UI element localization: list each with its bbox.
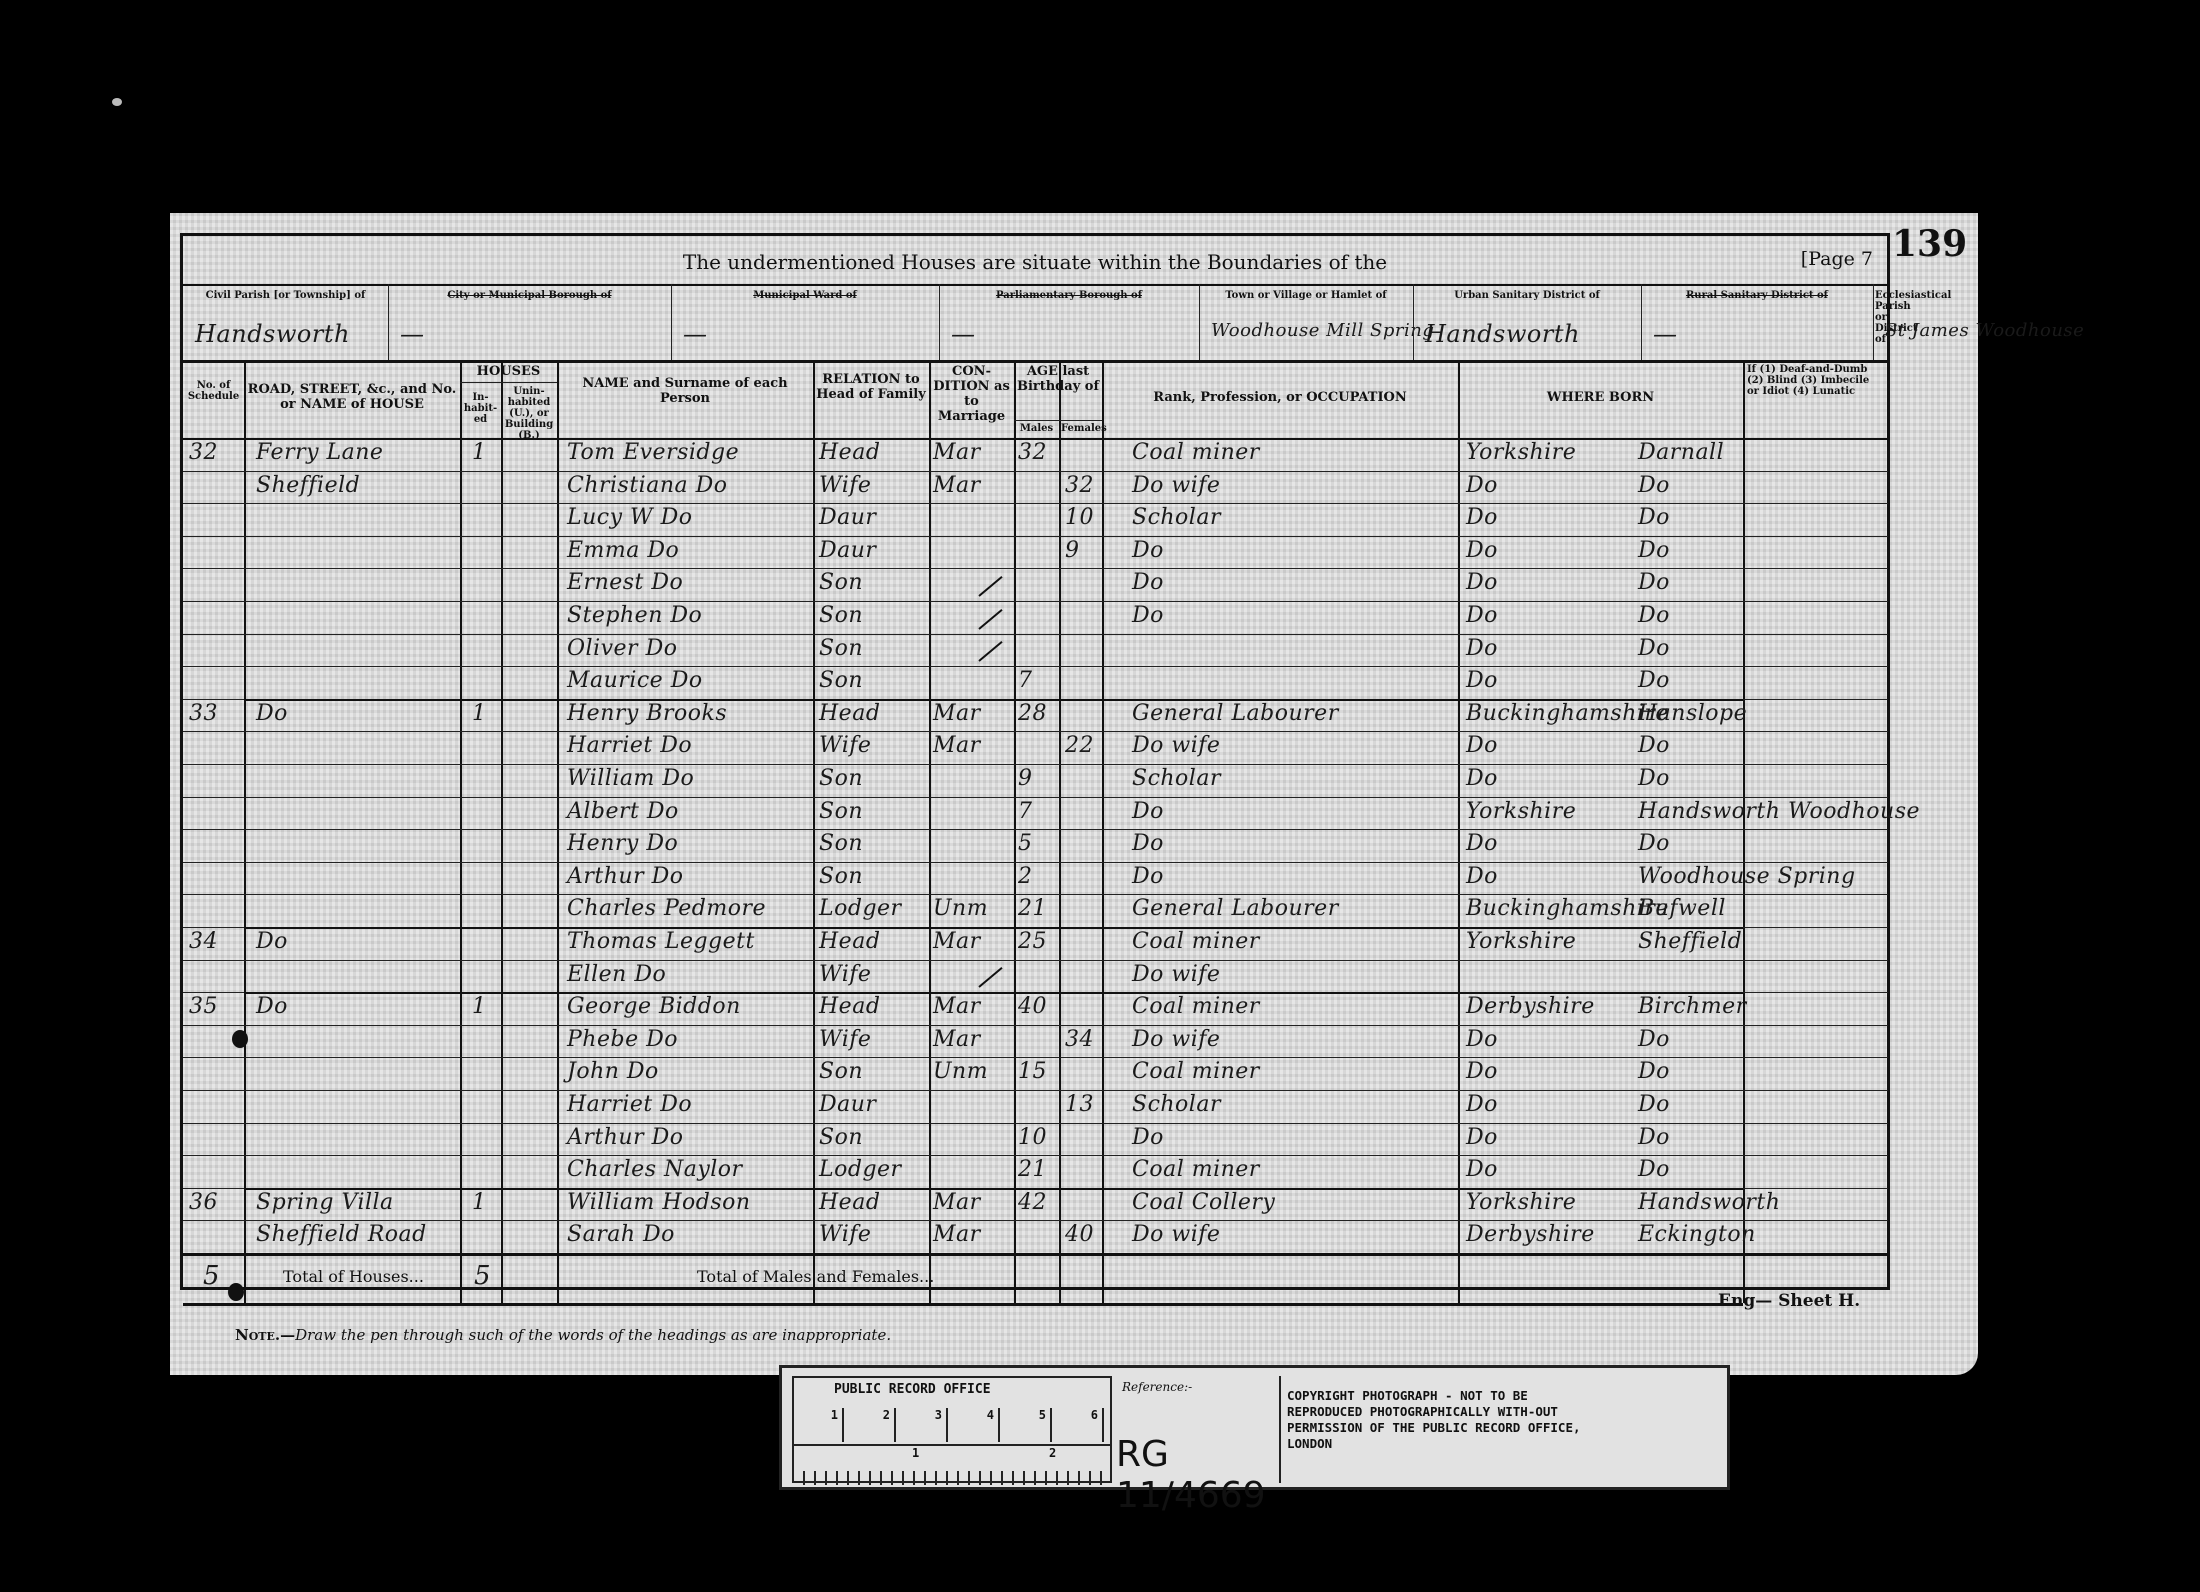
female-age: 22 [1065, 733, 1094, 758]
occupation: General Labourer [1132, 896, 1339, 921]
occupation: Do wife [1132, 1027, 1220, 1052]
person-name: Albert Do [567, 799, 679, 824]
person-name: Harriet Do [567, 1092, 692, 1117]
row-divider [183, 894, 244, 895]
row-divider [183, 862, 244, 863]
boundary-label: Civil Parish [or Township] of [185, 290, 386, 301]
row-divider [1743, 1123, 1888, 1124]
occupation: General Labourer [1132, 701, 1339, 726]
occupation: Do [1132, 538, 1164, 563]
schedule-number: 32 [189, 440, 218, 465]
birth-place: Handsworth [1638, 1190, 1780, 1215]
marital-condition: Mar [933, 473, 981, 498]
house-address: Ferry Lane [256, 440, 383, 465]
birth-place: Bufwell [1638, 896, 1726, 921]
column-header-road: ROAD, STREET, &c., and No. or NAME of HO… [246, 382, 458, 412]
person-name: Ernest Do [567, 570, 683, 595]
boundary-value: Handsworth [195, 320, 350, 348]
row-divider [183, 666, 244, 667]
relation-to-head: Son [819, 603, 863, 628]
person-name: John Do [567, 1059, 659, 1084]
person-name: Charles Pedmore [567, 896, 766, 921]
pen-stroke [978, 641, 1002, 662]
row-divider [244, 1090, 1743, 1091]
occupation: Coal miner [1132, 994, 1260, 1019]
divider [183, 1303, 1743, 1306]
marital-condition: Mar [933, 440, 981, 465]
total-houses-value: 5 [474, 1261, 491, 1291]
male-age: 7 [1018, 668, 1033, 693]
row-divider [244, 1155, 1743, 1156]
row-divider [1743, 862, 1888, 863]
boundary-label: Town or Village or Hamlet of [1201, 290, 1411, 301]
person-name: Lucy W Do [567, 505, 693, 530]
relation-to-head: Head [819, 994, 880, 1019]
relation-to-head: Wife [819, 473, 871, 498]
relation-to-head: Son [819, 864, 863, 889]
male-age: 28 [1018, 701, 1047, 726]
ruler [794, 1444, 1110, 1485]
birth-county: Do [1466, 864, 1498, 889]
relation-to-head: Son [819, 799, 863, 824]
column-divider [1743, 360, 1745, 1303]
reference-box: Reference:- RG 11/4669 [1114, 1376, 1281, 1483]
female-age: 10 [1065, 505, 1094, 530]
person-name: Thomas Leggett [567, 929, 755, 954]
relation-to-head: Son [819, 668, 863, 693]
row-divider [1743, 568, 1888, 569]
reference-slip: PUBLIC RECORD OFFICE 123456 1 2 Referenc… [779, 1365, 1730, 1490]
male-age: 10 [1018, 1125, 1047, 1150]
relation-to-head: Daur [819, 1092, 876, 1117]
row-divider [1743, 1090, 1888, 1091]
relation-to-head: Head [819, 929, 880, 954]
male-age: 21 [1018, 1157, 1047, 1182]
row-divider [183, 568, 244, 569]
total-persons-label: Total of Males and Females... [697, 1267, 934, 1286]
row-divider [1743, 829, 1888, 830]
row-divider [183, 471, 244, 472]
birth-place: Hanslope [1638, 701, 1747, 726]
birth-county: Do [1466, 1059, 1498, 1084]
divider [388, 284, 389, 360]
male-age: 15 [1018, 1059, 1047, 1084]
boundary-value: — [1653, 320, 1678, 348]
row-divider [1743, 536, 1888, 537]
column-divider [813, 360, 815, 1303]
office-label: PUBLIC RECORD OFFICE [834, 1382, 991, 1397]
slip-box: 6 [1056, 1408, 1104, 1442]
column-divider [244, 360, 246, 1303]
row-divider [1743, 666, 1888, 667]
birth-county: Do [1466, 831, 1498, 856]
divider [1641, 284, 1642, 360]
column-header-where-born: WHERE BORN [1460, 390, 1741, 405]
person-name: William Do [567, 766, 694, 791]
person-name: Ellen Do [567, 962, 666, 987]
column-header-females: Females [1061, 423, 1100, 434]
column-header-schedule: No. of Schedule [185, 380, 242, 402]
column-header-relation: RELATION to Head of Family [815, 372, 927, 402]
row-divider [183, 503, 244, 504]
relation-to-head: Lodger [819, 1157, 902, 1182]
page-number: [Page 7 [1801, 248, 1873, 270]
row-divider [183, 829, 244, 830]
birth-county: Do [1466, 733, 1498, 758]
female-age: 9 [1065, 538, 1080, 563]
person-name: Charles Naylor [567, 1157, 743, 1182]
row-divider [183, 927, 244, 928]
marital-condition: Mar [933, 1222, 981, 1247]
person-name: Stephen Do [567, 603, 702, 628]
slip-box: 4 [952, 1408, 1000, 1442]
birth-place: Do [1638, 603, 1670, 628]
person-name: William Hodson [567, 1190, 751, 1215]
row-divider [1743, 1057, 1888, 1058]
row-divider [183, 731, 244, 732]
row-divider [1743, 927, 1888, 928]
column-header-occupation: Rank, Profession, or OCCUPATION [1104, 390, 1456, 405]
ruler-mark: 2 [1049, 1446, 1056, 1460]
occupation: Do [1132, 603, 1164, 628]
occupation: Coal miner [1132, 929, 1260, 954]
row-divider [183, 1155, 244, 1156]
column-header-inhabited: In-habit-ed [462, 392, 499, 425]
row-divider [183, 536, 244, 537]
relation-to-head: Head [819, 440, 880, 465]
female-age: 32 [1065, 473, 1094, 498]
column-header-houses: HOUSES [462, 364, 555, 379]
birth-place: Do [1638, 1125, 1670, 1150]
divider [1413, 284, 1414, 360]
row-divider [183, 797, 244, 798]
column-divider [1102, 360, 1104, 1303]
column-divider [1014, 360, 1016, 1303]
male-age: 2 [1018, 864, 1033, 889]
birth-place: Do [1638, 538, 1670, 563]
total-houses-label: Total of Houses... [283, 1267, 424, 1286]
column-divider [501, 360, 503, 1303]
row-divider [1743, 1188, 1888, 1189]
sheet-label: Eng— Sheet H. [1718, 1291, 1860, 1311]
row-divider [244, 894, 1743, 895]
house-address: Spring Villa [256, 1190, 394, 1215]
marital-condition: Mar [933, 733, 981, 758]
occupation: Scholar [1132, 1092, 1221, 1117]
occupation: Do wife [1132, 733, 1220, 758]
boundary-value: — [951, 320, 976, 348]
birth-place: Eckington [1638, 1222, 1756, 1247]
row-divider [244, 1057, 1743, 1058]
row-divider [1743, 471, 1888, 472]
row-divider [244, 666, 1743, 667]
slip-box: 1 [796, 1408, 844, 1442]
birth-county: Yorkshire [1466, 1190, 1576, 1215]
boundary-label: City or Municipal Borough of [390, 290, 669, 301]
birth-place: Do [1638, 473, 1670, 498]
row-divider [244, 764, 1743, 765]
divider [183, 284, 1887, 286]
schedule-number: 34 [189, 929, 218, 954]
row-divider [244, 471, 1743, 472]
birth-place: Do [1638, 733, 1670, 758]
female-age: 40 [1065, 1222, 1094, 1247]
page-frame: The undermentioned Houses are situate wi… [180, 233, 1890, 1290]
row-divider [1743, 601, 1888, 602]
row-divider [183, 960, 244, 961]
row-divider [244, 731, 1743, 732]
page-title: The undermentioned Houses are situate wi… [183, 250, 1887, 274]
column-header-males: Males [1016, 423, 1057, 434]
person-name: Henry Do [567, 831, 678, 856]
column-header-name: NAME and Surname of each Person [559, 376, 811, 406]
folio-number: 139 [1892, 223, 1967, 265]
occupation: Coal Collery [1132, 1190, 1275, 1215]
birth-place: Do [1638, 636, 1670, 661]
marital-condition: Unm [933, 896, 988, 921]
birth-county: Yorkshire [1466, 929, 1576, 954]
punch-hole [232, 1030, 248, 1048]
relation-to-head: Son [819, 636, 863, 661]
pen-stroke [978, 967, 1002, 988]
male-age: 9 [1018, 766, 1033, 791]
birth-place: Do [1638, 1092, 1670, 1117]
column-header-age: AGE last Birthday of [1016, 364, 1100, 394]
row-divider [244, 536, 1743, 537]
relation-to-head: Wife [819, 962, 871, 987]
birth-place: Do [1638, 1157, 1670, 1182]
row-divider [183, 634, 244, 635]
inhabited-count: 1 [472, 994, 487, 1019]
boundary-label: Urban Sanitary District of [1415, 290, 1639, 301]
relation-to-head: Son [819, 831, 863, 856]
boundary-value: Woodhouse Mill Spring [1211, 320, 1434, 341]
person-name: Emma Do [567, 538, 679, 563]
row-divider [244, 601, 1743, 602]
occupation: Coal miner [1132, 440, 1260, 465]
birth-place: Birchmer [1638, 994, 1747, 1019]
occupation: Do [1132, 1125, 1164, 1150]
occupation: Do [1132, 570, 1164, 595]
divider [1199, 284, 1200, 360]
census-page: The undermentioned Houses are situate wi… [170, 213, 1978, 1375]
house-address: Do [256, 701, 288, 726]
marital-condition: Mar [933, 929, 981, 954]
inhabited-count: 1 [472, 701, 487, 726]
row-divider [183, 1123, 244, 1124]
slip-box: 5 [1004, 1408, 1052, 1442]
boundary-label: Parliamentary Borough of [941, 290, 1197, 301]
birth-county: Do [1466, 538, 1498, 563]
birth-county: Do [1466, 1092, 1498, 1117]
reference-label: Reference:- [1122, 1380, 1192, 1394]
male-age: 7 [1018, 799, 1033, 824]
boundary-label: Municipal Ward of [673, 290, 937, 301]
row-divider [244, 1025, 1743, 1026]
birth-county: Do [1466, 1125, 1498, 1150]
male-age: 32 [1018, 440, 1047, 465]
row-divider [1743, 1220, 1888, 1221]
boundary-value: — [400, 320, 425, 348]
slip-box: 3 [900, 1408, 948, 1442]
marital-condition: Mar [933, 1027, 981, 1052]
relation-to-head: Wife [819, 1222, 871, 1247]
row-divider [1743, 1025, 1888, 1026]
slip-box: 2 [848, 1408, 896, 1442]
occupation: Coal miner [1132, 1157, 1260, 1182]
male-age: 25 [1018, 929, 1047, 954]
occupation: Do [1132, 864, 1164, 889]
inhabited-count: 1 [472, 1190, 487, 1215]
male-age: 5 [1018, 831, 1033, 856]
column-divider [929, 360, 931, 1303]
boundary-label: Rural Sanitary District of [1643, 290, 1871, 301]
birth-place: Do [1638, 1027, 1670, 1052]
birth-county: Do [1466, 766, 1498, 791]
inhabited-count: 1 [472, 440, 487, 465]
birth-county: Derbyshire [1466, 1222, 1595, 1247]
marital-condition: Mar [933, 1190, 981, 1215]
reference-number: RG 11/4669 [1116, 1434, 1279, 1516]
row-divider [183, 601, 244, 602]
row-divider [183, 1057, 244, 1058]
column-header-condition: CON-DITION as to Marriage [931, 364, 1012, 424]
row-divider [1743, 731, 1888, 732]
row-divider [1743, 960, 1888, 961]
birth-place: Do [1638, 668, 1670, 693]
occupation: Do [1132, 831, 1164, 856]
relation-to-head: Head [819, 701, 880, 726]
birth-place: Do [1638, 831, 1670, 856]
occupation: Do [1132, 799, 1164, 824]
relation-to-head: Lodger [819, 896, 902, 921]
occupation: Coal miner [1132, 1059, 1260, 1084]
scan-speck [112, 98, 122, 106]
house-address: Do [256, 994, 288, 1019]
row-divider [1743, 634, 1888, 635]
boundary-value: — [683, 320, 708, 348]
copyright-notice: COPYRIGHT PHOTOGRAPH - NOT TO BE REPRODU… [1287, 1388, 1587, 1452]
birth-county: Do [1466, 1027, 1498, 1052]
person-name: Henry Brooks [567, 701, 727, 726]
birth-place: Darnall [1638, 440, 1724, 465]
birth-county: Yorkshire [1466, 799, 1576, 824]
birth-county: Do [1466, 636, 1498, 661]
birth-place: Do [1638, 505, 1670, 530]
divider [460, 382, 557, 383]
relation-to-head: Wife [819, 733, 871, 758]
row-divider [183, 699, 244, 700]
birth-place: Do [1638, 766, 1670, 791]
divider [183, 360, 1887, 363]
relation-to-head: Son [819, 1125, 863, 1150]
column-divider [1059, 360, 1061, 1303]
relation-to-head: Daur [819, 538, 876, 563]
pen-stroke [978, 576, 1002, 597]
row-divider [183, 764, 244, 765]
row-divider [244, 829, 1743, 830]
ruler-mark: 1 [912, 1446, 919, 1460]
relation-to-head: Son [819, 570, 863, 595]
row-divider [1743, 699, 1888, 700]
birth-place: Do [1638, 570, 1670, 595]
male-age: 42 [1018, 1190, 1047, 1215]
row-divider [1743, 503, 1888, 504]
row-divider [1743, 992, 1888, 993]
house-address: Do [256, 929, 288, 954]
birth-county: Derbyshire [1466, 994, 1595, 1019]
birth-place: Woodhouse Spring [1638, 864, 1856, 889]
female-age: 13 [1065, 1092, 1094, 1117]
column-header-uninhabited: Unin-habited (U.), or Building (B.) [503, 386, 555, 441]
occupation: Do wife [1132, 473, 1220, 498]
person-name: Maurice Do [567, 668, 703, 693]
row-divider [244, 862, 1743, 863]
occupation: Do wife [1132, 962, 1220, 987]
row-divider [244, 1220, 1743, 1221]
relation-to-head: Wife [819, 1027, 871, 1052]
row-divider [244, 960, 1743, 961]
marital-condition: Mar [933, 701, 981, 726]
birth-county: Do [1466, 473, 1498, 498]
birth-county: Do [1466, 603, 1498, 628]
schedule-number: 36 [189, 1190, 218, 1215]
person-name: Oliver Do [567, 636, 677, 661]
marital-condition: Mar [933, 994, 981, 1019]
house-address: Sheffield [256, 473, 360, 498]
relation-to-head: Son [819, 766, 863, 791]
row-divider [1743, 1155, 1888, 1156]
row-divider [183, 1090, 244, 1091]
birth-county: Yorkshire [1466, 440, 1576, 465]
row-divider [244, 797, 1743, 798]
row-divider [183, 992, 244, 993]
birth-county: Do [1466, 505, 1498, 530]
row-divider [244, 568, 1743, 569]
person-name: Harriet Do [567, 733, 692, 758]
boundary-value: Handsworth [1425, 320, 1580, 348]
divider [183, 1253, 1887, 1256]
footnote: Note.—Draw the pen through such of the w… [235, 1326, 891, 1344]
person-name: George Biddon [567, 994, 741, 1019]
row-divider [183, 1025, 244, 1026]
column-divider [460, 360, 462, 1303]
birth-county: Do [1466, 570, 1498, 595]
birth-place: Sheffield [1638, 929, 1742, 954]
person-name: Sarah Do [567, 1222, 675, 1247]
person-name: Arthur Do [567, 1125, 683, 1150]
birth-place: Handsworth Woodhouse [1638, 799, 1920, 824]
row-divider [244, 1123, 1743, 1124]
column-divider [557, 360, 559, 1303]
total-schedules: 5 [203, 1261, 220, 1291]
occupation: Do wife [1132, 1222, 1220, 1247]
person-name: Tom Eversidge [567, 440, 739, 465]
column-header-infirmity: If (1) Deaf-and-Dumb (2) Blind (3) Imbec… [1747, 364, 1884, 397]
public-record-office-box: PUBLIC RECORD OFFICE 123456 1 2 [792, 1376, 1112, 1483]
birth-county: Do [1466, 1157, 1498, 1182]
row-divider [183, 1220, 244, 1221]
birth-county: Do [1466, 668, 1498, 693]
male-age: 21 [1018, 896, 1047, 921]
row-divider [1743, 764, 1888, 765]
row-divider [183, 1188, 244, 1189]
male-age: 40 [1018, 994, 1047, 1019]
person-name: Christiana Do [567, 473, 728, 498]
divider [1014, 420, 1102, 421]
divider [1873, 284, 1874, 360]
row-divider [244, 503, 1743, 504]
